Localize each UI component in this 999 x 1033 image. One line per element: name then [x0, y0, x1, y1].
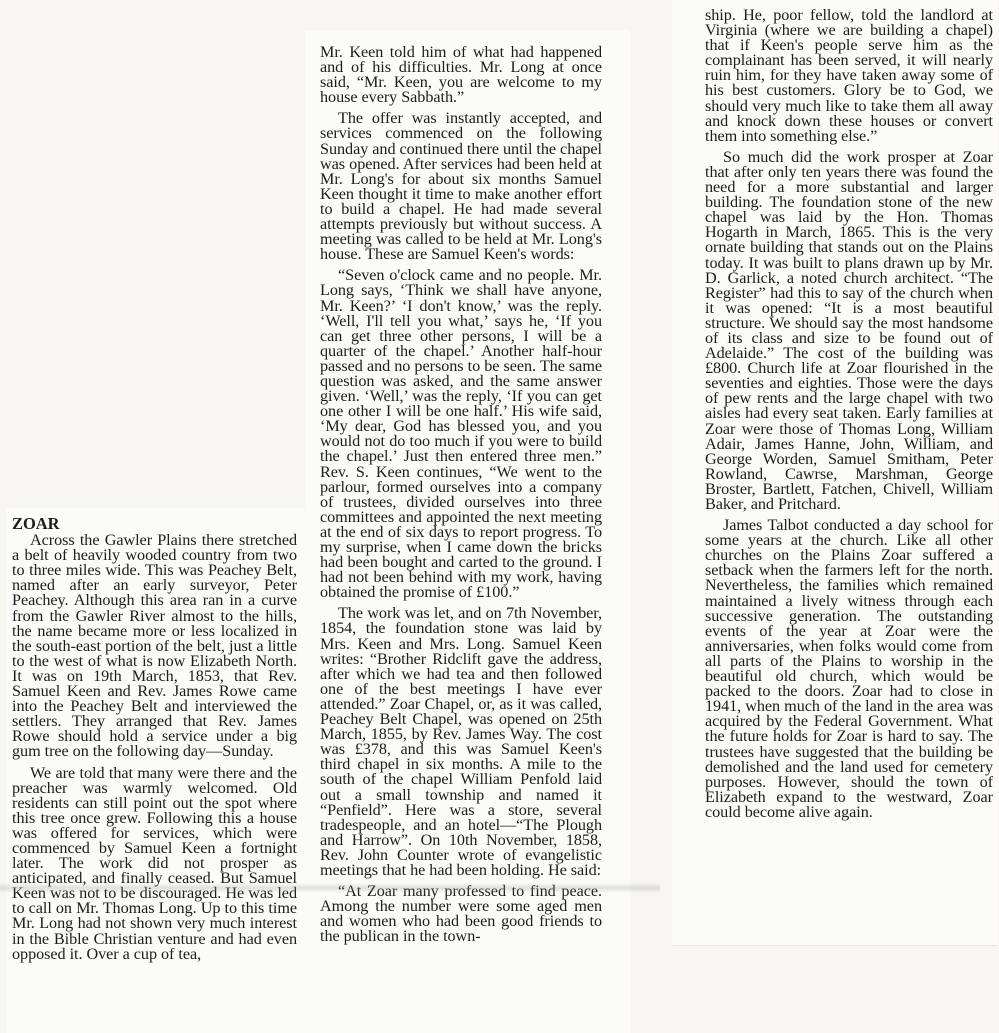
paragraph: James Talbot conducted a day school for … [705, 518, 993, 820]
paragraph: ship. He, poor fellow, told the landlord… [705, 8, 993, 144]
paragraph: The work was let, and on 7th November, 1… [320, 606, 602, 878]
article-column-2: Mr. Keen told him of what had happened a… [320, 45, 602, 950]
article-heading: ZOAR [12, 516, 297, 531]
paragraph: So much did the work prosper at Zoar tha… [705, 150, 993, 512]
paragraph: The offer was instantly accepted, and se… [320, 111, 602, 262]
article-column-1: ZOAR Across the Gawler Plains there stre… [12, 516, 297, 968]
paragraph: “Seven o'clock came and no people. Mr. L… [320, 268, 602, 600]
paragraph: “At Zoar many professed to find peace. A… [320, 884, 602, 944]
paragraph: We are told that many were there and the… [12, 766, 297, 962]
paragraph: Across the Gawler Plains there stretched… [12, 533, 297, 759]
paragraph: Mr. Keen told him of what had happened a… [320, 45, 602, 105]
article-column-3: ship. He, poor fellow, told the landlord… [705, 8, 993, 826]
